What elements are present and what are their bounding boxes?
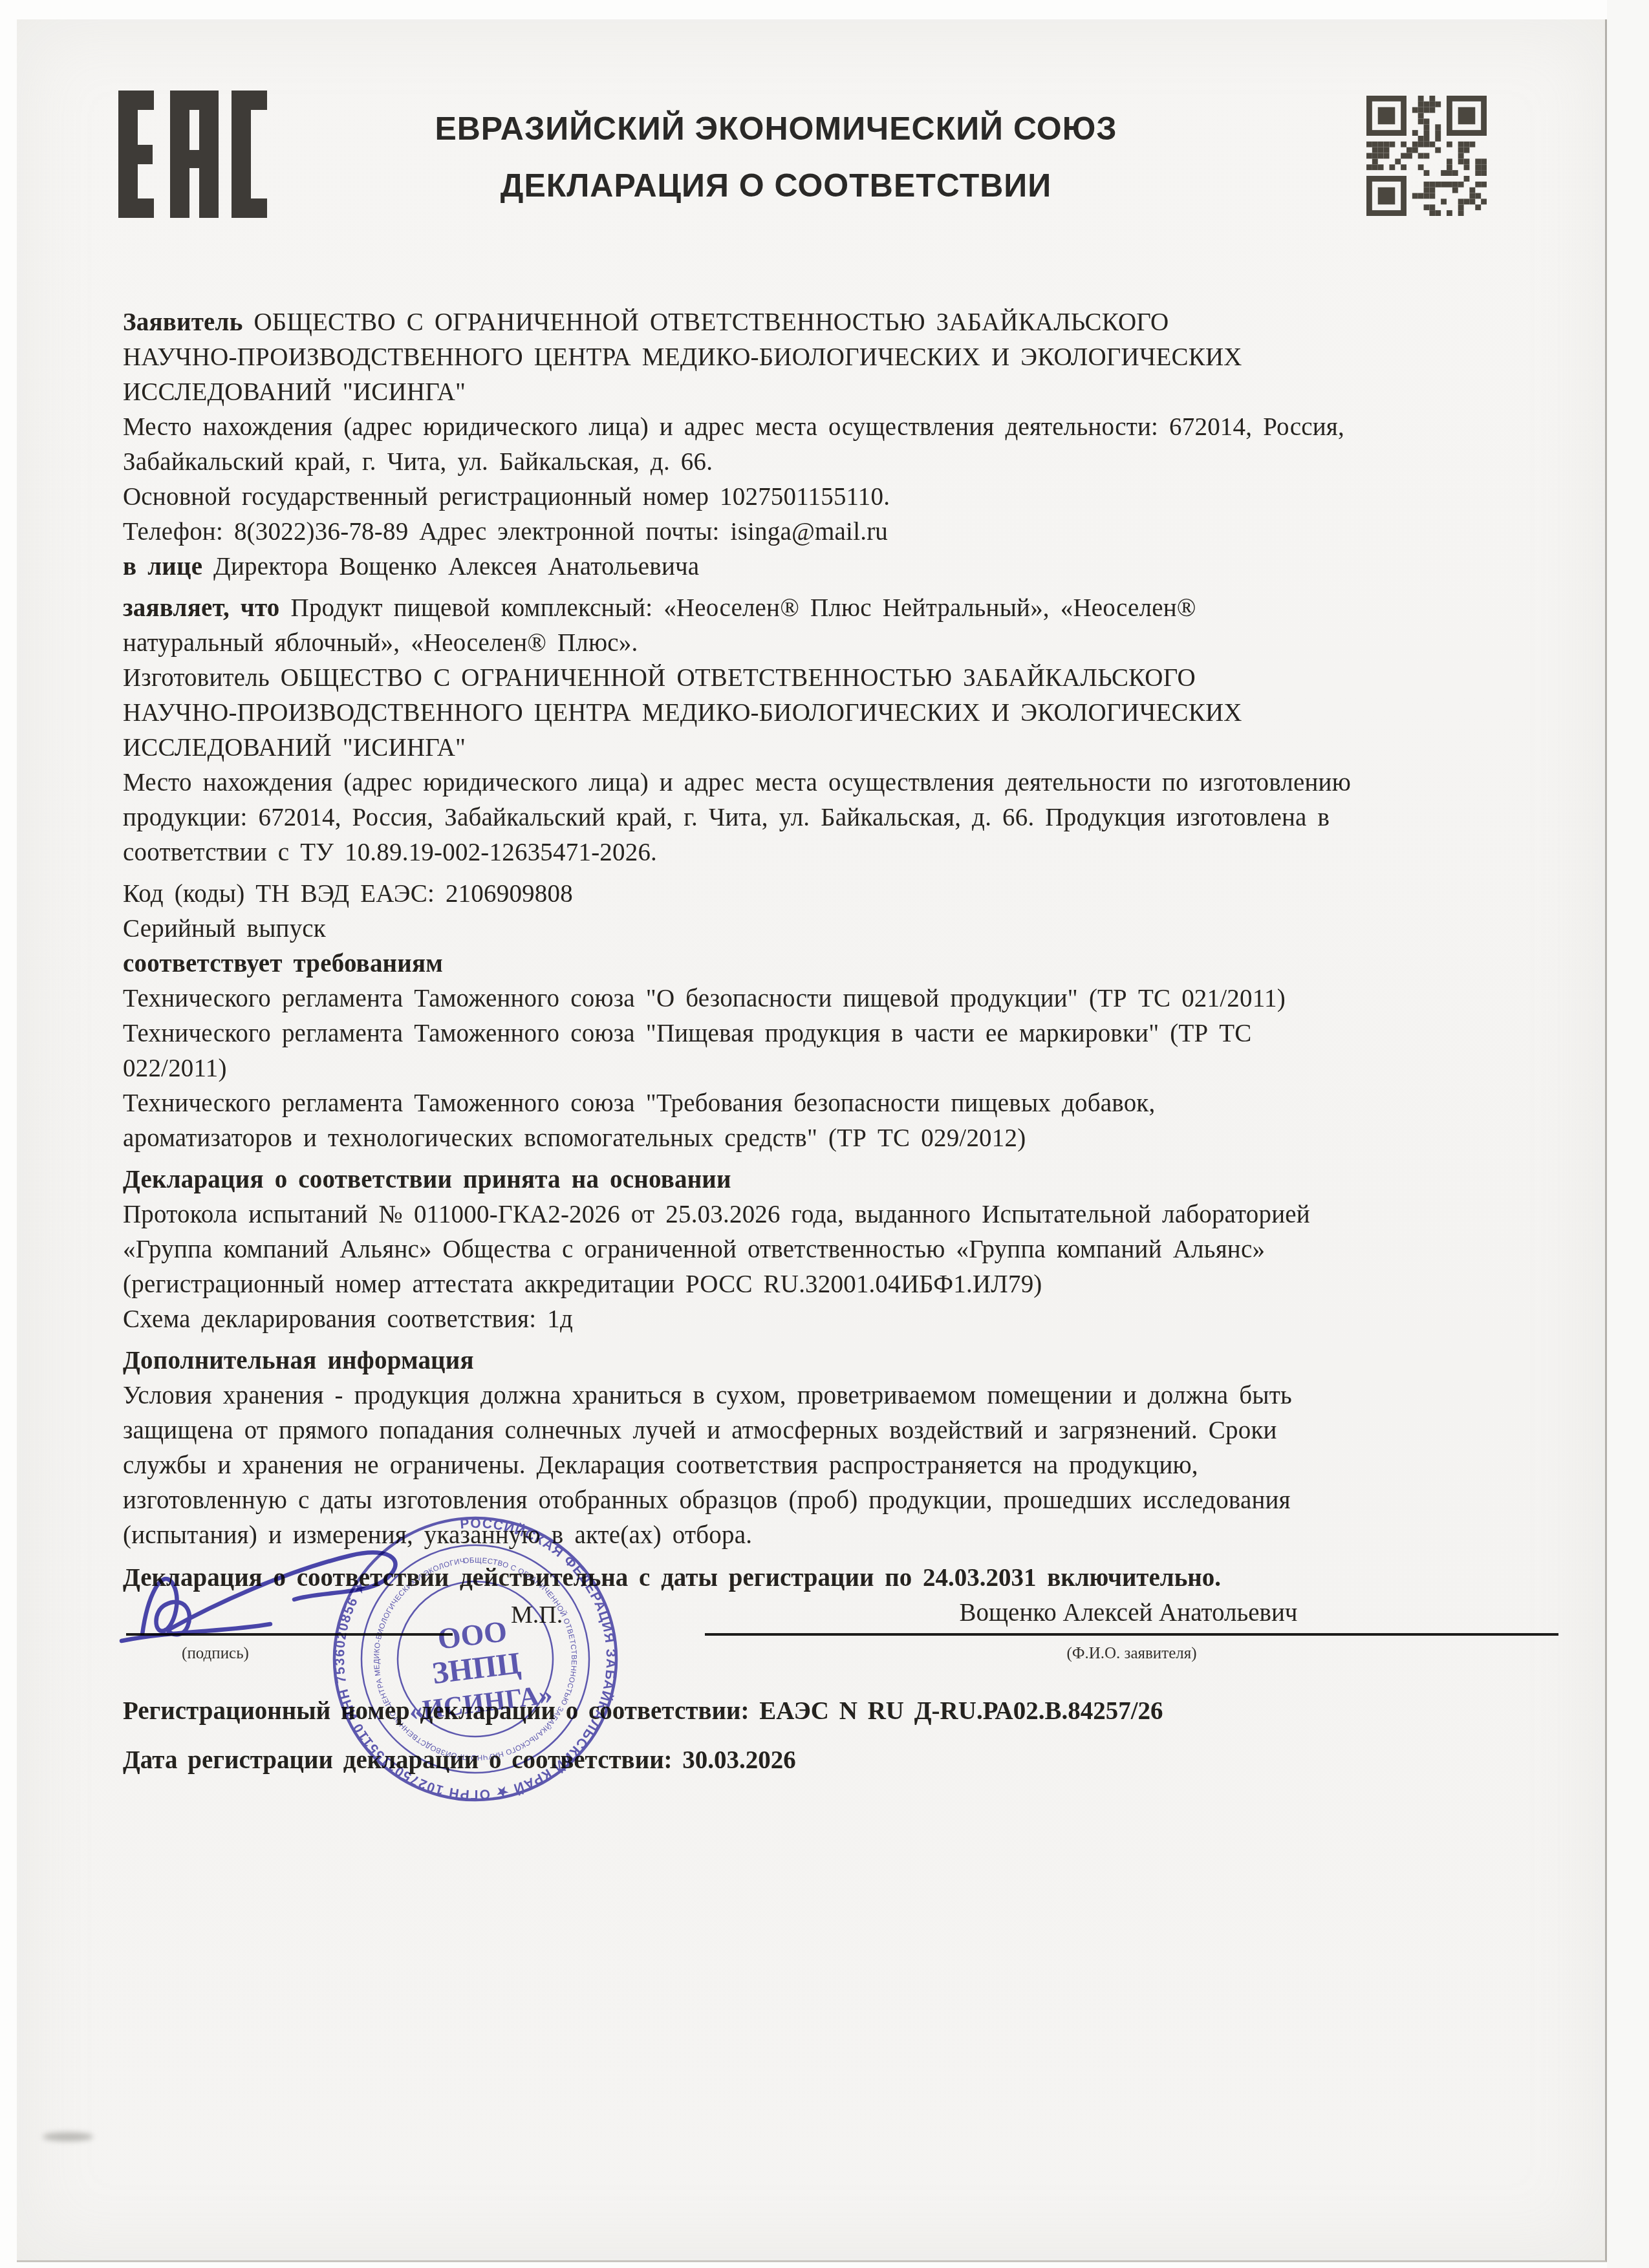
document-line: Место нахождения (адрес юридического лиц…	[123, 765, 1539, 800]
document-line: Серийный выпуск	[123, 912, 1539, 947]
document-line: Схема декларирования соответствия: 1д	[123, 1302, 1539, 1337]
title-line-declaration: ДЕКЛАРАЦИЯ О СООТВЕТСТВИИ	[291, 157, 1261, 214]
company-round-stamp: РОССИЙСКАЯ ФЕДЕРАЦИЯ ЗАБАЙКАЛЬСКИЙ КРАЙ …	[303, 1486, 649, 1832]
eac-logo-icon	[118, 91, 267, 218]
document-line: ИССЛЕДОВАНИЙ "ИСИНГА"	[123, 375, 1539, 410]
document-line: Протокола испытаний № 011000-ГКА2-2026 о…	[123, 1197, 1539, 1232]
paragraph: Декларация о соответствии принята на осн…	[123, 1162, 1539, 1337]
document-line: Дополнительная информация	[123, 1343, 1539, 1378]
document-line: Изготовитель ОБЩЕСТВО С ОГРАНИЧЕННОЙ ОТВ…	[123, 661, 1539, 696]
qr-code-icon	[1366, 96, 1487, 216]
document-line: Забайкальский край, г. Чита, ул. Байкаль…	[123, 445, 1539, 480]
document-line: Заявитель ОБЩЕСТВО С ОГРАНИЧЕННОЙ ОТВЕТС…	[123, 305, 1539, 340]
document-line: Технического регламента Таможенного союз…	[123, 981, 1539, 1016]
document-line: в лице Директора Вощенко Алексея Анатоль…	[123, 550, 1539, 584]
document-line: «Группа компаний Альянс» Общества с огра…	[123, 1232, 1539, 1267]
document-line: Код (коды) ТН ВЭД ЕАЭС: 2106909808	[123, 877, 1539, 912]
title-line-union: ЕВРАЗИЙСКИЙ ЭКОНОМИЧЕСКИЙ СОЮЗ	[291, 100, 1261, 157]
paragraph: заявляет, что Продукт пищевой комплексны…	[123, 591, 1539, 870]
document-line: (регистрационный номер аттестата аккреди…	[123, 1267, 1539, 1302]
document-line: Технического регламента Таможенного союз…	[123, 1016, 1539, 1051]
document-line: продукции: 672014, Россия, Забайкальский…	[123, 800, 1539, 835]
stamp-center-isinga: «ИСИНГА»	[407, 1680, 554, 1727]
document-line: заявляет, что Продукт пищевой комплексны…	[123, 591, 1539, 626]
document-line: натуральный яблочный», «Неоселен® Плюс».	[123, 626, 1539, 661]
document-line: 022/2011)	[123, 1051, 1539, 1086]
document-line: защищена от прямого попадания солнечных …	[123, 1413, 1539, 1448]
fio-caption: (Ф.И.О. заявителя)	[1031, 1645, 1232, 1663]
document-line: ароматизаторов и технологических вспомог…	[123, 1121, 1539, 1156]
document-line: Условия хранения - продукция должна хран…	[123, 1378, 1539, 1413]
document-line: соответствует требованиям	[123, 947, 1539, 981]
registration-number: Регистрационный номер декларации о соотв…	[123, 1696, 1163, 1726]
document-line: Основной государственный регистрационный…	[123, 480, 1539, 515]
document-line: Место нахождения (адрес юридического лиц…	[123, 410, 1539, 445]
document-line: соответствии с ТУ 10.89.19-002-12635471-…	[123, 835, 1539, 870]
document-line: Технического регламента Таможенного союз…	[123, 1086, 1539, 1121]
document-line: НАУЧНО-ПРОИЗВОДСТВЕННОГО ЦЕНТРА МЕДИКО-Б…	[123, 696, 1539, 731]
document-title: ЕВРАЗИЙСКИЙ ЭКОНОМИЧЕСКИЙ СОЮЗ ДЕКЛАРАЦИ…	[291, 100, 1261, 214]
document-line: ИССЛЕДОВАНИЙ "ИСИНГА"	[123, 731, 1539, 765]
paragraph: Код (коды) ТН ВЭД ЕАЭС: 2106909808Серийн…	[123, 877, 1539, 1156]
scan-smudge	[43, 2132, 93, 2141]
paragraph: Заявитель ОБЩЕСТВО С ОГРАНИЧЕННОЙ ОТВЕТС…	[123, 305, 1539, 584]
fio-line	[705, 1633, 1558, 1636]
document-line: изготовленную с даты изготовления отобра…	[123, 1483, 1539, 1518]
document-line: НАУЧНО-ПРОИЗВОДСТВЕННОГО ЦЕНТРА МЕДИКО-Б…	[123, 340, 1539, 375]
document-body: Заявитель ОБЩЕСТВО С ОГРАНИЧЕННОЙ ОТВЕТС…	[123, 305, 1539, 1559]
applicant-name: Вощенко Алексей Анатольевич	[837, 1598, 1419, 1627]
document-line: службы и хранения не ограничены. Деклара…	[123, 1448, 1539, 1483]
scan-edge-strip	[1607, 0, 1649, 2268]
document-line: Декларация о соответствии принята на осн…	[123, 1162, 1539, 1197]
document-line: Телефон: 8(3022)36-78-89 Адрес электронн…	[123, 515, 1539, 550]
scanned-declaration-page: { "header": { "eac_mark": "EAC", "title_…	[0, 0, 1649, 2268]
